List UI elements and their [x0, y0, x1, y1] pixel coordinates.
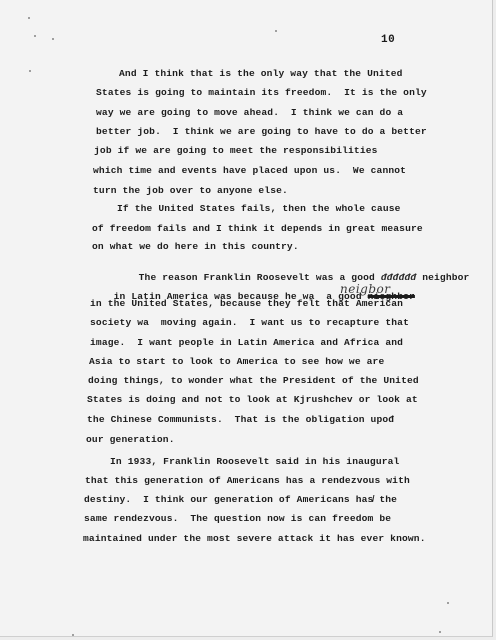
text-line: Asia to start to look to America to see … [89, 356, 384, 368]
document-page: 10 And I think that is the only way that… [0, 0, 493, 637]
scan-speck [34, 35, 36, 37]
text-line: doing things, to wonder what the Preside… [88, 375, 419, 387]
text-line: which time and events have placed upon u… [93, 165, 406, 177]
page-number: 10 [381, 34, 395, 46]
text-line: better job. I think we are going to have… [96, 126, 427, 138]
text-line: destiny. I think our generation of Ameri… [84, 494, 397, 506]
text-line: States is going to maintain its freedom.… [96, 87, 427, 99]
scan-speck [72, 634, 74, 636]
scan-speck [52, 38, 54, 40]
text-line: in the United States, because they felt … [90, 298, 403, 310]
text-line: And I think that is the only way that th… [119, 68, 403, 80]
text-line: on what we do here in this country. [92, 241, 299, 253]
scan-speck [447, 602, 449, 604]
text-line: In 1933, Franklin Roosevelt said in his … [110, 456, 399, 468]
text-line: maintained under the most severe attack … [83, 533, 426, 545]
text-line: way we are going to move ahead. I think … [96, 107, 403, 119]
scan-speck [275, 30, 277, 32]
text-line: If the United States fails, then the who… [117, 203, 401, 215]
handwritten-correction: neigbor [340, 282, 391, 296]
scan-speck [28, 17, 30, 19]
text-line: image. I want people in Latin America an… [90, 337, 403, 349]
text-line: same rendezvous. The question now is can… [84, 513, 391, 525]
scan-speck [29, 70, 31, 72]
text-line: job if we are going to meet the responsi… [94, 145, 378, 157]
text-line: society wa moving again. I want us to re… [90, 317, 409, 329]
scan-speck [439, 631, 441, 633]
text-segment: neighbor [416, 272, 469, 283]
text-line: turn the job over to anyone else. [93, 185, 288, 197]
text-line: our generation. [86, 434, 175, 446]
text-line: the Chinese Communists. That is the obli… [87, 414, 394, 426]
text-line: States is doing and not to look at Kjrus… [87, 394, 418, 406]
text-line: of freedom fails and I think it depends … [92, 223, 423, 235]
text-line: that this generation of Americans has a … [85, 475, 410, 487]
